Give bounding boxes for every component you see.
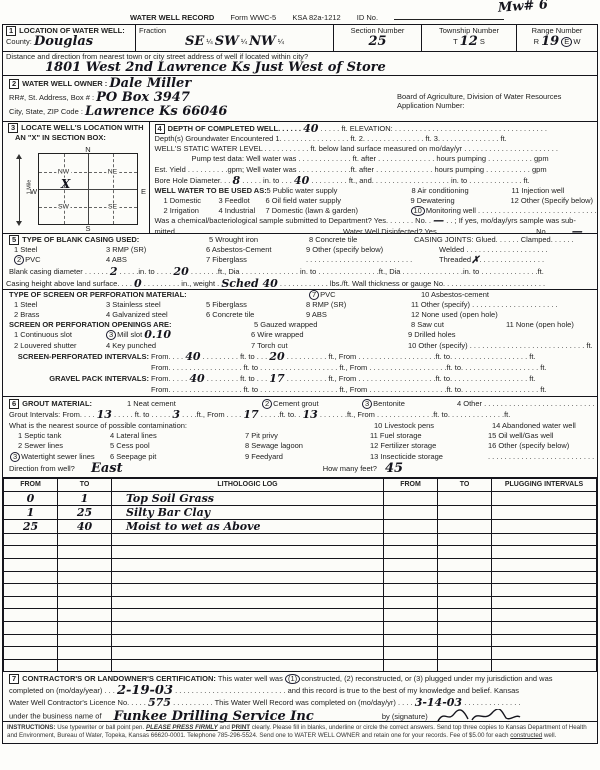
grout-from1: 13 — [97, 409, 112, 421]
gravel-intervals-empty: From. . . . . . . . . . . . . . . . . . … — [151, 385, 547, 394]
casing-height-post: . . . . . . . . . . . . lbs./ft. Wall th… — [280, 279, 545, 288]
bore-hole-mid: . . . . . in. to . . . — [242, 176, 292, 185]
pvc-casing-circled-number: 2 — [14, 255, 24, 265]
gravel-interval-from: 40 — [189, 373, 204, 385]
option: 6 Oil field water supply — [266, 196, 411, 206]
blank-diameter-value: 2 — [110, 266, 118, 278]
section6-grout: 6GROUT MATERIAL:1 Neat cement2Cement gro… — [3, 397, 597, 478]
gravel-intervals-pre: From. . . . . — [151, 374, 187, 383]
option: 13 Insecticide storage — [370, 452, 488, 462]
depth-cell — [438, 533, 492, 546]
depth-cell — [58, 571, 112, 584]
quarter-mark: ¼ — [241, 37, 247, 46]
option: 16 Other (specify below) — [488, 441, 569, 450]
option: 1 Steel — [14, 245, 106, 255]
option: 2 Louvered shutter — [14, 341, 106, 351]
table-row — [4, 647, 597, 660]
depth-cell — [438, 596, 492, 609]
col-to: TO — [58, 478, 112, 491]
feet-value: 45 — [385, 462, 403, 475]
completed-date-value: 2-19-03 — [117, 685, 173, 697]
section34-row: 3LOCATE WELL'S LOCATION WITH AN "X" IN S… — [3, 122, 597, 234]
depth-value: 40 — [303, 123, 318, 134]
table-row — [4, 559, 597, 572]
cert-text-2b: . . . . . . . . . . . . . . . . . . . . … — [175, 686, 519, 695]
section6-title: GROUT MATERIAL: — [22, 399, 92, 408]
log-cell — [492, 559, 597, 572]
option: 9 ABS — [306, 310, 411, 320]
log-cell — [112, 546, 384, 559]
option: 10 Asbestos-cement — [421, 290, 489, 299]
option: 12 Other (Specify below) — [511, 196, 594, 205]
depth-cell — [4, 634, 58, 647]
range-value: 19 — [541, 34, 559, 49]
cert-text-1b: constructed, (2) reconstructed, or (3) p… — [301, 674, 552, 683]
compass-south: S — [38, 225, 138, 232]
option: 10 Livestock pens — [374, 421, 492, 431]
col-plugging-intervals: PLUGGING INTERVALS — [492, 478, 597, 491]
depth-cell — [4, 533, 58, 546]
table-row — [4, 659, 597, 672]
table-row: 2540Moist to wet as Above — [4, 519, 597, 533]
city-value: Lawrence Ks 66046 — [85, 105, 227, 119]
depth-cell — [384, 634, 438, 647]
section1-location: 1LOCATION OF WATER WELL: County: Douglas… — [3, 25, 597, 52]
table-header-row: FROM TO LITHOLOGIC LOG FROM TO PLUGGING … — [4, 478, 597, 491]
option: 8 Air conditioning — [412, 186, 512, 196]
pvc-screen-option: PVC — [320, 290, 335, 299]
option: 1 Steel — [14, 300, 106, 310]
bore-depth-value: 40 — [294, 175, 309, 186]
depth-cell: 25 — [4, 519, 58, 533]
option: 9 Feedyard — [245, 452, 370, 462]
grout-from2: 17 — [243, 409, 258, 421]
monitoring-well-circled-number: 10 — [411, 206, 425, 216]
instructions-text-1: Use typewriter or ball point pen. — [57, 724, 144, 731]
instructions-block: INSTRUCTIONS: Use typewriter or ball poi… — [3, 722, 597, 742]
col-from2: FROM — [384, 478, 438, 491]
mill-slot-circled-number: 3 — [106, 330, 116, 340]
log-cell — [112, 533, 384, 546]
quarter-mark: ¼ — [206, 37, 212, 46]
table-row: 125Silty Bar Clay — [4, 505, 597, 519]
water-well-record-form: Mw# 6 WATER WELL RECORD Form WWC-5 KSA 8… — [0, 0, 600, 770]
mill-slot-option: Mill slot — [117, 330, 142, 339]
section7-title: CONTRACTOR'S OR LANDOWNER'S CERTIFICATIO… — [22, 674, 216, 683]
log-cell — [492, 584, 597, 597]
depth-cell — [384, 491, 438, 505]
screen-interval-from: 40 — [185, 351, 200, 363]
watertight-sewer-option: Watertight sewer lines — [21, 452, 95, 461]
form-header: WATER WELL RECORD Form WWC-5 KSA 82a-121… — [130, 13, 518, 22]
log-cell — [112, 571, 384, 584]
licence-number-value: 575 — [148, 697, 171, 709]
casing-height-mid: . . . . . . . . . in., weight . — [144, 279, 219, 288]
bore-diameter-value: 8 — [232, 175, 240, 186]
range-r: R — [534, 37, 539, 46]
log-cell — [492, 505, 597, 519]
table-row — [4, 546, 597, 559]
owner-left: 2WATER WELL OWNER : Dale Miller RR#, St.… — [3, 76, 391, 121]
section-box: 1 Mile NW NE SW SE X W E — [38, 153, 138, 225]
col-lithologic-log: LITHOLOGIC LOG — [112, 478, 384, 491]
depth-cell: 25 — [58, 505, 112, 519]
option: 4 Industrial — [219, 206, 266, 216]
depth-cell: 40 — [58, 519, 112, 533]
form-sheet: 1LOCATION OF WATER WELL: County: Douglas… — [2, 24, 598, 744]
section6-number: 6 — [9, 399, 19, 409]
depth-cell — [384, 659, 438, 672]
groundwater-line: Depth(s) Groundwater Encountered 1. . . … — [154, 134, 598, 144]
depth-cell — [384, 533, 438, 546]
owner-right: Board of Agriculture, Division of Water … — [391, 76, 597, 121]
depth-cell — [438, 634, 492, 647]
compass-east: E — [141, 187, 146, 196]
screen-intervals-post: . . . . . . . . . . ft., From . . . . . … — [287, 352, 536, 361]
log-cell — [112, 634, 384, 647]
instructions-and: and — [219, 724, 229, 731]
depth-cell — [58, 609, 112, 622]
instructions-press-firmly: PLEASE PRESS FIRMLY — [146, 724, 218, 731]
monitoring-well-option: Monitoring well . . . . . . . . . . . . … — [426, 206, 597, 215]
lithologic-log-table: FROM TO LITHOLOGIC LOG FROM TO PLUGGING … — [3, 478, 597, 673]
section-box-diagram: N 1 Mile NW NE SW — [29, 146, 147, 232]
log-cell — [492, 546, 597, 559]
chem-sample-line: Was a chemical/bacteriological sample su… — [155, 216, 432, 225]
option: 15 Oil well/Gas well — [488, 431, 553, 440]
depth-cell — [438, 647, 492, 660]
blank-diameter-pre: Blank casing diameter . . . . . . — [9, 267, 108, 276]
other-casing-dots: . . . . . . . . . . . . . . . . . . . . … — [306, 255, 411, 265]
option: 2 Brass — [14, 310, 106, 320]
option: 8 Sewage lagoon — [245, 441, 370, 451]
lithology-body: 01Top Soil Grass125Silty Bar Clay2540Moi… — [4, 491, 597, 672]
casing-height-value: 0 — [134, 278, 142, 290]
option: 11 Fuel storage — [370, 431, 488, 441]
option: 6 Wire wrapped — [251, 330, 408, 340]
option: 1 Domestic — [164, 196, 219, 206]
static-level-line: WELL'S STATIC WATER LEVEL . . . . . . . … — [154, 144, 598, 154]
option: 8 RMP (SR) — [306, 300, 411, 310]
gravel-intervals-post: . . . . . . . . . . ft., From . . . . . … — [287, 374, 536, 383]
table-row — [4, 533, 597, 546]
depth-cell — [438, 659, 492, 672]
option: 11 Other (specify) . . . . . . . . . . .… — [411, 300, 558, 309]
depth-cell — [438, 571, 492, 584]
depth-cell — [4, 647, 58, 660]
table-row — [4, 571, 597, 584]
depth-cell — [58, 584, 112, 597]
fraction-3: NW — [249, 34, 275, 49]
pvc-casing-option: PVC — [25, 255, 40, 264]
depth-cell — [384, 505, 438, 519]
option: 2 Sewer lines — [18, 441, 110, 451]
depth-cell — [384, 609, 438, 622]
form-id-label: ID No. — [357, 13, 378, 22]
option: 7 Domestic (lawn & garden) — [266, 206, 411, 216]
bore-hole-post: . . . . . . . . . ft., and. . . . . . . … — [311, 176, 529, 185]
section1-number: 1 — [6, 26, 16, 36]
section5-number: 5 — [9, 235, 19, 245]
depth-cell — [4, 559, 58, 572]
fraction-cell: Fraction SE ¼ SW ¼ NW ¼ — [136, 25, 334, 51]
threaded-label: Threaded — [411, 255, 471, 264]
log-cell — [492, 571, 597, 584]
business-name-value: Funkee Drilling Service Inc — [114, 709, 314, 723]
section5-casing: 5TYPE OF BLANK CASING USED:5 Wrought iro… — [3, 234, 597, 397]
option: 4 ABS — [106, 255, 206, 265]
screen-intervals-mid: . . . . . . . . . ft. to . . . — [203, 352, 268, 361]
grout-to1: 3 — [172, 409, 180, 421]
col-to2: TO — [438, 478, 492, 491]
id-number-blank — [394, 13, 504, 20]
gravel-intervals-label: GRAVEL PACK INTERVALS: — [9, 373, 151, 385]
depth-cell — [58, 621, 112, 634]
direction-label: Direction from well? — [9, 464, 75, 473]
depth-cell — [4, 546, 58, 559]
option: 12 None used (open hole) — [411, 310, 498, 319]
depth-cell — [384, 519, 438, 533]
option: 5 Fiberglass — [206, 300, 306, 310]
option: 9 Dewatering — [411, 196, 511, 206]
address-value: PO Box 3947 — [96, 91, 190, 105]
chem-sample-line2: . . ; If yes, mo/day/yrs sample was sub- — [446, 216, 576, 225]
city-label: City, State, ZIP Code : — [9, 107, 83, 116]
record-date-value: 3-14-03 — [415, 697, 462, 709]
township-s: S — [480, 37, 485, 46]
option: 3 Feedlot — [219, 196, 266, 206]
log-cell: Silty Bar Clay — [112, 505, 384, 519]
section-number-cell: Section Number 25 — [334, 25, 422, 51]
direction-value: East — [91, 462, 123, 475]
compass-west: W — [30, 187, 37, 196]
table-row — [4, 584, 597, 597]
grout-to2: 13 — [302, 409, 317, 421]
cert-text-4b: by (signature) — [382, 710, 428, 724]
screen-intervals-label: SCREEN-PERFORATED INTERVALS: — [9, 351, 151, 363]
depth-cell — [58, 647, 112, 660]
cert-text-4a: under the business name of — [9, 712, 102, 721]
one-mile-arrow — [15, 154, 23, 226]
option: 1 Continuous slot — [14, 330, 106, 340]
blank-depth-value: 20 — [173, 266, 188, 278]
depth-cell — [58, 533, 112, 546]
option: 4 Galvanized steel — [106, 310, 206, 320]
depth-cell — [384, 621, 438, 634]
log-cell — [492, 491, 597, 505]
option: 1 Septic tank — [18, 431, 110, 441]
option: 14 Abandoned water well — [492, 421, 576, 430]
cert-text-3c: . . . . . . . . . . . . . . — [464, 698, 520, 707]
township-t: T — [453, 37, 457, 46]
screen-material-title: TYPE OF SCREEN OR PERFORATION MATERIAL: — [9, 290, 309, 300]
option: 6 Seepage pit — [110, 452, 245, 462]
range-east-circled: E — [561, 37, 572, 47]
used-as-label: WELL WATER TO BE USED AS: — [155, 186, 267, 196]
option: 9 Drilled holes — [408, 330, 456, 339]
section-number-value: 25 — [368, 34, 386, 49]
section4-number: 4 — [155, 124, 165, 134]
grout-mid3: . . . . .ft. to. . — [261, 410, 301, 419]
gravel-intervals-mid: . . . . . . . . ft. to . . . — [207, 374, 267, 383]
depth-cell — [58, 546, 112, 559]
option: 8 Concrete tile — [309, 235, 414, 245]
cement-grout-circled-number: 2 — [262, 399, 272, 409]
section3-title: LOCATE WELL'S LOCATION WITH — [21, 123, 143, 132]
well-x-mark: X — [61, 180, 70, 190]
log-cell: Top Soil Grass — [112, 491, 384, 505]
cert-text-3b: . . . . . . . . . . This Water Well Reco… — [173, 698, 413, 707]
section7-number: 7 — [9, 674, 19, 684]
log-cell — [492, 621, 597, 634]
depth-cell — [384, 596, 438, 609]
depth-cell — [384, 546, 438, 559]
option: 4 Other . . . . . . . . . . . . . . . . … — [457, 399, 594, 408]
option: 5 Cess pool — [110, 441, 245, 451]
section3-title2: AN "X" IN SECTION BOX: — [5, 133, 147, 143]
option: 7 Torch cut — [251, 341, 408, 351]
quadrant-nw: NW — [56, 168, 71, 175]
county-value: Douglas — [34, 34, 93, 49]
table-row — [4, 634, 597, 647]
bentonite-circled-number: 3 — [362, 399, 372, 409]
depth-cell — [438, 559, 492, 572]
other-contamination-dots: . . . . . . . . . . . . . . . . . . . . … — [488, 452, 594, 461]
depth-cell — [58, 634, 112, 647]
depth-cell — [438, 621, 492, 634]
board-label: Board of Agriculture, Division of Water … — [397, 92, 597, 101]
option: 11 None (open hole) — [506, 320, 574, 329]
instructions-constructed: constructed — [510, 732, 542, 739]
grout-mid1: . . . . . ft. to . . . . . — [114, 410, 170, 419]
quadrant-se: SE — [106, 203, 119, 210]
instructions-text-4: well. — [544, 732, 556, 739]
section2-number: 2 — [9, 79, 19, 89]
form-title: WATER WELL RECORD — [130, 13, 214, 22]
option: 8 Saw cut — [411, 320, 506, 330]
section4-well-details: 4DEPTH OF COMPLETED WELL. . . . . . 40 .… — [150, 122, 600, 233]
option: 2 Irrigation — [164, 206, 219, 216]
option: 3 Stainless steel — [106, 300, 206, 310]
depth-cell: 1 — [4, 505, 58, 519]
depth-cell — [438, 546, 492, 559]
log-cell — [492, 519, 597, 533]
depth-cell — [438, 519, 492, 533]
depth-cell — [4, 596, 58, 609]
option: 11 Injection well — [512, 186, 565, 195]
depth-post: . . . . . ft. ELEVATION: . . . . . . . .… — [321, 124, 547, 133]
blank-diameter-mid: . . . . .in. to . . . . — [120, 267, 172, 276]
log-cell — [112, 659, 384, 672]
pvc-screen-circled-number: 7 — [309, 290, 319, 300]
section2-title: WATER WELL OWNER : — [22, 79, 107, 88]
table-row — [4, 596, 597, 609]
option: 9 Other (specify below) — [306, 245, 411, 255]
distance-value: 1801 West 2nd Lawrence Ks Just West of S… — [45, 60, 386, 75]
welded-label: Welded . . . . . . . . . . . . . . . . .… — [411, 245, 548, 254]
option: 4 Key punched — [106, 341, 251, 351]
section3-locate: 3LOCATE WELL'S LOCATION WITH AN "X" IN S… — [3, 122, 150, 233]
township-cell: Township Number T 12 S — [422, 25, 517, 51]
log-cell — [492, 533, 597, 546]
screen-intervals-empty: From. . . . . . . . . . . . . . . . . . … — [151, 363, 547, 372]
option: 5 Wrought iron — [209, 235, 309, 245]
application-number-label: Application Number: — [397, 101, 597, 110]
depth-cell — [438, 505, 492, 519]
depth-cell: 0 — [4, 491, 58, 505]
address-label: RR#, St. Address, Box # : — [9, 93, 94, 102]
cement-grout-option: Cement grout — [273, 399, 318, 408]
depth-cell — [4, 621, 58, 634]
county-cell: 1LOCATION OF WATER WELL: County: Douglas — [3, 25, 136, 51]
owner-name-value: Dale Miller — [109, 77, 191, 91]
fraction-1: SE — [185, 34, 204, 49]
cert-text-2a: completed on (mo/day/year) . . . — [9, 686, 115, 695]
grout-intervals-label: Grout Intervals: — [9, 410, 60, 419]
depth-cell — [58, 559, 112, 572]
section2-owner: 2WATER WELL OWNER : Dale Miller RR#, St.… — [3, 76, 597, 122]
option: 7 Pit privy — [245, 431, 370, 441]
log-cell: Moist to wet as Above — [112, 519, 384, 533]
depth-cell — [438, 584, 492, 597]
depth-cell: 1 — [58, 491, 112, 505]
bore-hole-pre: Bore Hole Diameter. . . — [155, 176, 231, 185]
quarter-mark: ¼ — [278, 37, 284, 46]
gravel-interval-to: 17 — [269, 373, 284, 385]
section7-certification: 7CONTRACTOR'S OR LANDOWNER'S CERTIFICATI… — [3, 672, 597, 722]
depth-cell — [58, 659, 112, 672]
depth-cell — [58, 596, 112, 609]
est-yield-line: Est. Yield . . . . . . . . . .gpm; Well … — [154, 165, 598, 175]
option: 5 Public water supply — [267, 186, 412, 196]
depth-cell — [4, 571, 58, 584]
log-cell — [112, 559, 384, 572]
cert-text-1a: This water well was — [218, 674, 283, 683]
grout-pre: From. . . . — [62, 410, 94, 419]
log-cell — [112, 647, 384, 660]
option: 10 Other (specify) . . . . . . . . . . .… — [408, 341, 593, 350]
form-ksa: KSA 82a-1212 — [292, 13, 340, 22]
casing-height-pre: Casing height above land surface. . . . — [6, 279, 132, 288]
section3-number: 3 — [8, 123, 18, 133]
threaded-dots: . . . . . . . . . . . . . . . . — [480, 255, 545, 264]
compass-north: N — [38, 146, 138, 153]
signature-scribble — [436, 709, 522, 723]
range-west: W — [573, 37, 580, 46]
log-cell — [112, 584, 384, 597]
fraction-2: SW — [215, 34, 239, 49]
option: 7 Fiberglass — [206, 255, 306, 265]
feet-label: How many feet? — [323, 462, 377, 475]
depth-cell — [438, 491, 492, 505]
option: 5 Gauzed wrapped — [254, 320, 411, 330]
depth-cell — [384, 571, 438, 584]
col-from: FROM — [4, 478, 58, 491]
instructions-print: PRINT — [232, 724, 251, 731]
table-row — [4, 609, 597, 622]
county-label: County: — [6, 37, 32, 46]
casing-joints-label: CASING JOINTS: Glued. . . . . . Clamped.… — [414, 235, 574, 244]
bentonite-option: Bentonite — [373, 399, 405, 408]
grout-mid2: . . . .ft., From . . . . — [182, 410, 241, 419]
openings-title: SCREEN OR PERFORATION OPENINGS ARE: — [9, 320, 254, 330]
screen-intervals-pre: From. . . . — [151, 352, 183, 361]
pump-test-line: Pump test data: Well water was . . . . .… — [154, 154, 598, 164]
depth-label: DEPTH OF COMPLETED WELL. . . . . . — [168, 124, 301, 133]
table-row: 01Top Soil Grass — [4, 491, 597, 505]
contamination-label: What is the nearest source of possible c… — [9, 421, 374, 431]
table-row — [4, 621, 597, 634]
